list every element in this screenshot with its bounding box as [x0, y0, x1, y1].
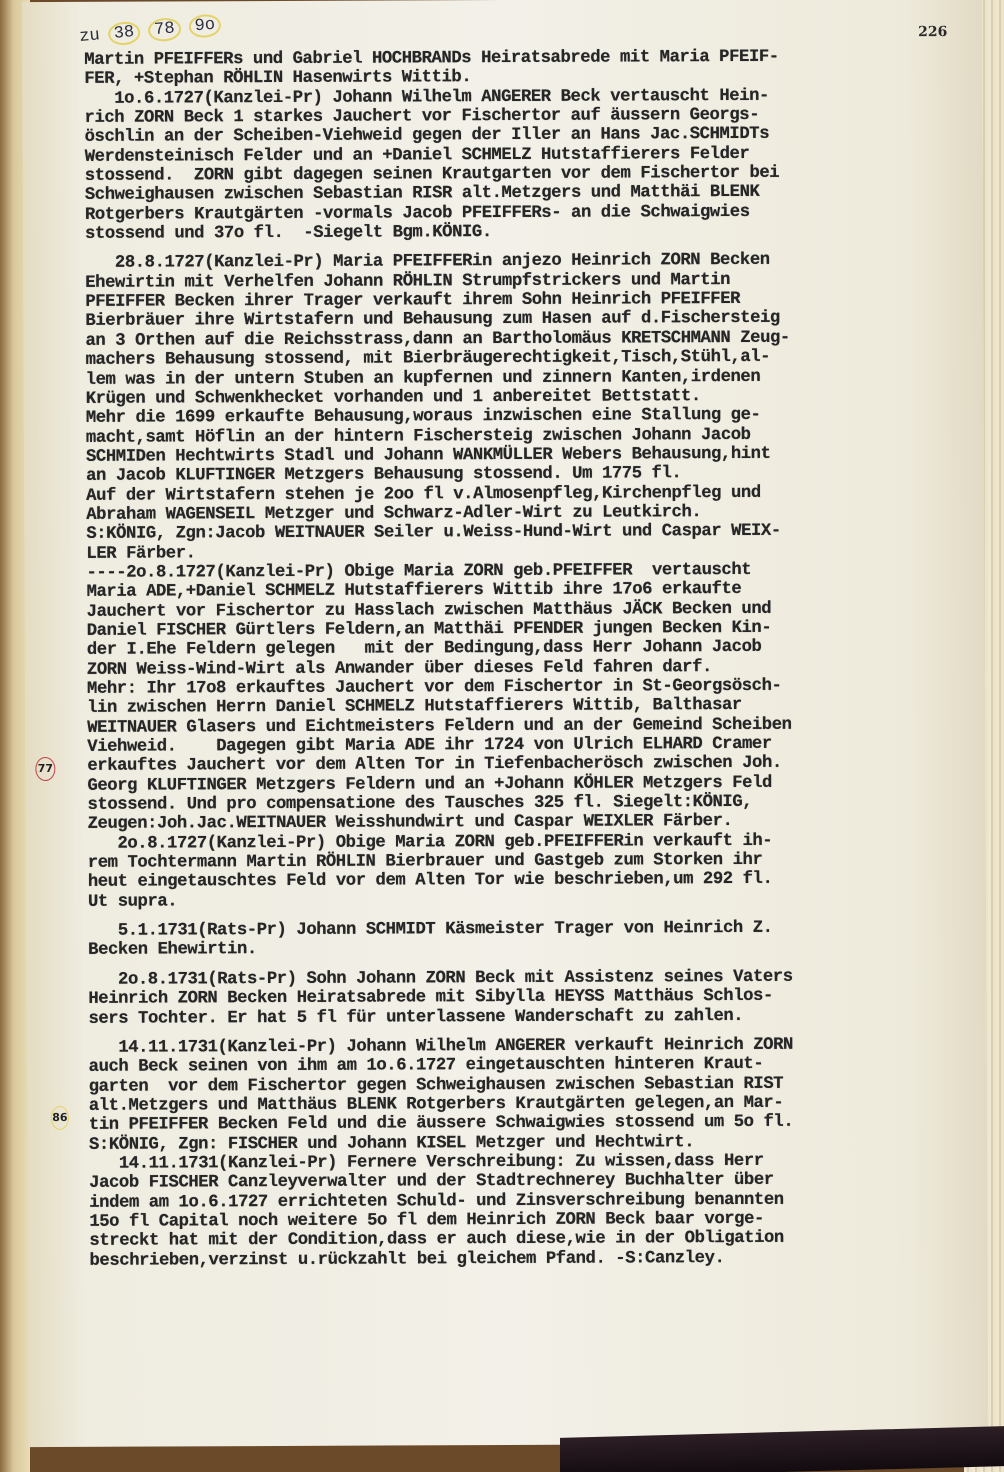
document-page: zu 38 78 9o 226 77 86 Martin PFEIFFERs u… [22, 0, 988, 1447]
cross-reference: zu 38 78 9o [78, 13, 222, 49]
page-number: 226 [918, 24, 947, 40]
typewritten-text: Martin PFEIFFERs und Gabriel HOCHBRANDs … [84, 47, 999, 1271]
margin-note-red: 77 [35, 757, 55, 781]
margin-note-yellow: 86 [51, 1106, 69, 1130]
cross-reference-number: 9o [188, 13, 222, 39]
text-line: beschrieben,verzinst u.rückzahlt bei gle… [89, 1247, 999, 1270]
cross-reference-prefix: zu [79, 26, 101, 47]
cross-reference-number: 78 [147, 17, 181, 43]
cross-reference-number: 38 [107, 21, 141, 47]
